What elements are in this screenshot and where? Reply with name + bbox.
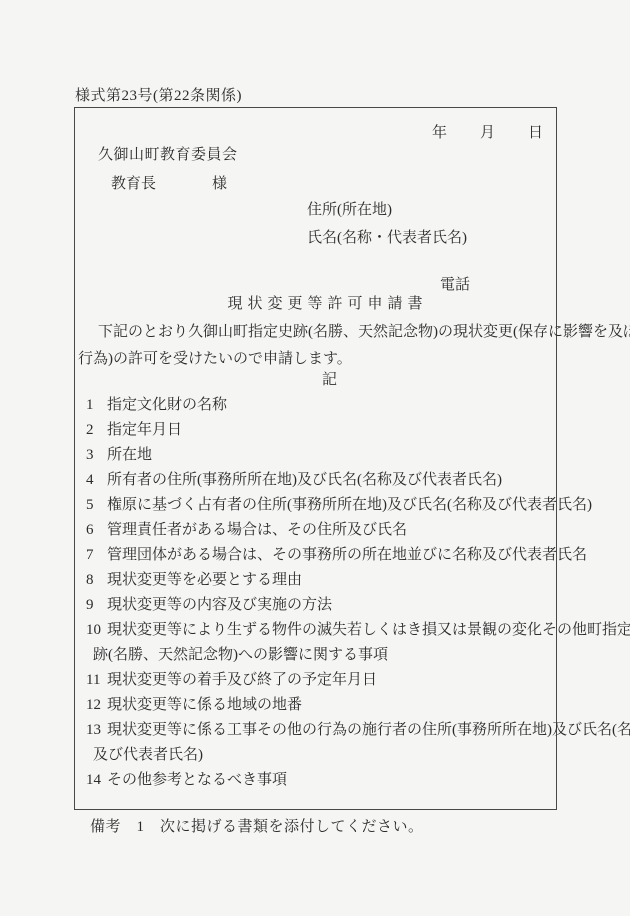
item-number: 11: [86, 668, 107, 693]
item-text: 指定年月日: [107, 422, 182, 438]
numbered-item-list: 1指定文化財の名称 2指定年月日 3所在地 4所有者の住所(事務所所在地)及び氏…: [86, 393, 550, 793]
item-text: 所有者の住所(事務所所在地)及び氏名(名称及び代表者氏名): [107, 472, 502, 488]
item-number: 7: [86, 543, 107, 568]
item-number: 3: [86, 443, 107, 468]
list-item: 13現状変更等に係る工事その他の行為の施行者の住所(事務所所在地)及び氏名(名称: [86, 718, 550, 743]
remarks-note: 備考 1 次に掲げる書類を添付してください。: [90, 820, 424, 835]
list-item: 10現状変更等により生ずる物件の滅失若しくはき損又は景観の変化その他町指定史: [86, 618, 550, 643]
list-item: 5権原に基づく占有者の住所(事務所所在地)及び氏名(名称及び代表者氏名): [86, 493, 550, 518]
body-text-line: 下記のとおり久御山町指定史跡(名勝、天然記念物)の現状変更(保存に影響を及ぼす: [98, 325, 630, 340]
document-page: { "page": { "form_number": "様式第23号(第22条関…: [0, 0, 630, 916]
item-number: 10: [86, 618, 107, 643]
phone-label: 電話: [440, 278, 470, 293]
item-number: 2: [86, 418, 107, 443]
item-text: 管理団体がある場合は、その事務所の所在地並びに名称及び代表者氏名: [107, 547, 587, 563]
item-text: 所在地: [107, 447, 152, 463]
list-heading-ki: 記: [89, 373, 570, 388]
list-item: 7管理団体がある場合は、その事務所の所在地並びに名称及び代表者氏名: [86, 543, 550, 568]
item-text: 権原に基づく占有者の住所(事務所所在地)及び氏名(名称及び代表者氏名): [107, 497, 592, 513]
list-item: 3所在地: [86, 443, 550, 468]
item-text: その他参考となるべき事項: [107, 772, 287, 788]
item-number: 13: [86, 718, 107, 743]
item-number: 8: [86, 568, 107, 593]
list-item: 11現状変更等の着手及び終了の予定年月日: [86, 668, 550, 693]
item-text: 現状変更等に係る地域の地番: [107, 697, 302, 713]
addressee-role-line: 教育長様: [111, 177, 227, 192]
list-item: 12現状変更等に係る地域の地番: [86, 693, 550, 718]
honorific-sama: 様: [212, 176, 227, 192]
applicant-name-label: 氏名(名称・代表者氏名): [307, 231, 467, 246]
date-line: 年 月 日: [432, 126, 544, 141]
item-text: 現状変更等を必要とする理由: [107, 572, 302, 588]
item-text: 現状変更等により生ずる物件の滅失若しくはき損又は景観の変化その他町指定史: [107, 622, 630, 638]
list-item: 2指定年月日: [86, 418, 550, 443]
item-text: 指定文化財の名称: [107, 397, 227, 413]
item-number: 5: [86, 493, 107, 518]
list-item: 1指定文化財の名称: [86, 393, 550, 418]
list-item-continuation: 及び代表者氏名): [86, 743, 550, 768]
form-number-label: 様式第23号(第22条関係): [75, 89, 242, 104]
addressee-role: 教育長: [111, 176, 156, 192]
item-text: 現状変更等の内容及び実施の方法: [107, 597, 332, 613]
item-number: 14: [86, 768, 107, 793]
list-item: 14その他参考となるべき事項: [86, 768, 550, 793]
list-item: 6管理責任者がある場合は、その住所及び氏名: [86, 518, 550, 543]
list-item: 8現状変更等を必要とする理由: [86, 568, 550, 593]
applicant-address-label: 住所(所在地): [307, 203, 392, 218]
addressee-organization: 久御山町教育委員会: [98, 148, 238, 163]
list-item: 9現状変更等の内容及び実施の方法: [86, 593, 550, 618]
application-form-box: 年 月 日 久御山町教育委員会 教育長様 住所(所在地) 氏名(名称・代表者氏名…: [74, 107, 557, 810]
item-text: 現状変更等に係る工事その他の行為の施行者の住所(事務所所在地)及び氏名(名称: [107, 722, 630, 738]
item-text: 管理責任者がある場合は、その住所及び氏名: [107, 522, 407, 538]
item-text: 現状変更等の着手及び終了の予定年月日: [107, 672, 377, 688]
item-number: 1: [86, 393, 107, 418]
item-number: 12: [86, 693, 107, 718]
item-number: 6: [86, 518, 107, 543]
item-number: 4: [86, 468, 107, 493]
item-number: 9: [86, 593, 107, 618]
list-item: 4所有者の住所(事務所所在地)及び氏名(名称及び代表者氏名): [86, 468, 550, 493]
form-title: 現状変更等許可申請書: [87, 297, 568, 312]
list-item-continuation: 跡(名勝、天然記念物)への影響に関する事項: [86, 643, 550, 668]
body-text-line: 行為)の許可を受けたいので申請します。: [78, 352, 352, 367]
